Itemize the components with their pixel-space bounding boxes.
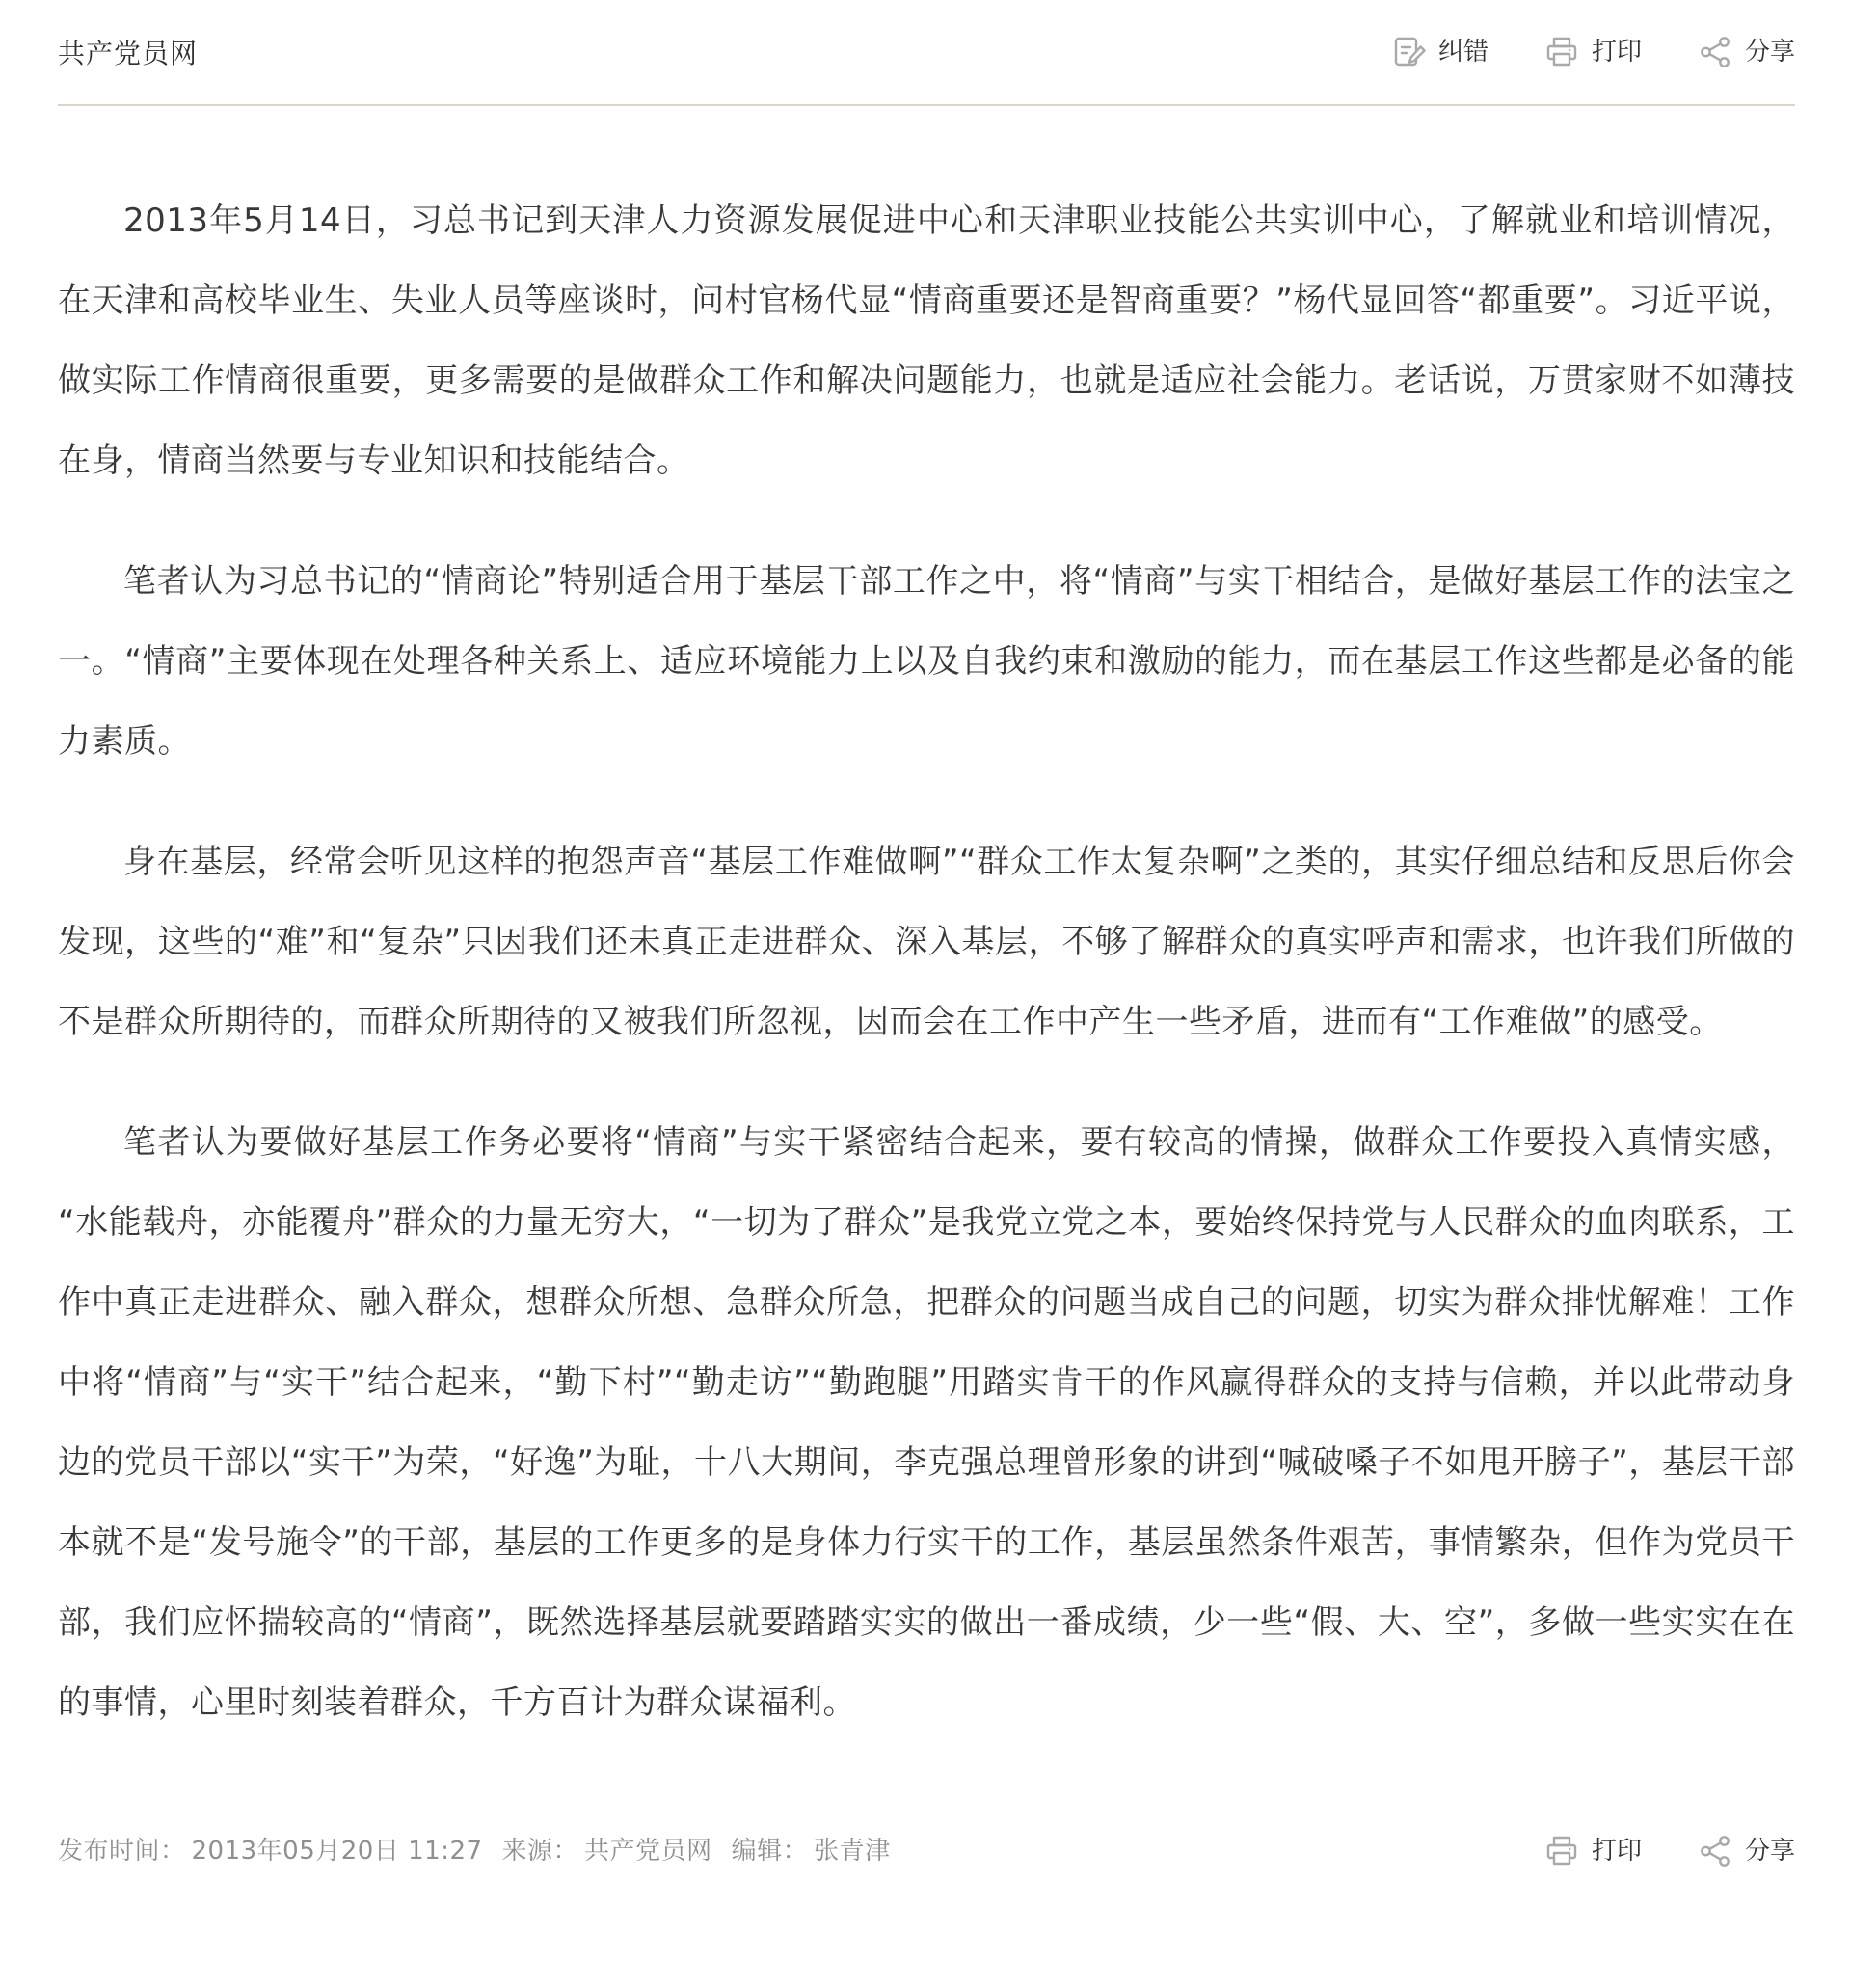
printer-icon <box>1544 35 1579 69</box>
publish-time-label: 发布时间： <box>58 1837 186 1866</box>
article-page: 共产党员网 纠错 <box>0 0 1851 1988</box>
editor-value: 张青津 <box>814 1837 891 1866</box>
footer-actions: 打印 分享 <box>1544 1834 1795 1868</box>
article-body: 2013年5月14日，习总书记到天津人力资源发展促进中心和天津职业技能公共实训中… <box>58 106 1795 1743</box>
print-label: 打印 <box>1592 40 1642 65</box>
site-logo-text: 共产党员网 <box>58 33 198 71</box>
print-button[interactable]: 打印 <box>1544 35 1642 69</box>
footer-share-button[interactable]: 分享 <box>1698 1834 1795 1868</box>
article-meta: 发布时间：2013年05月20日 11:27来源：共产党员网编辑：张青津 <box>58 1832 897 1870</box>
article-footer: 发布时间：2013年05月20日 11:27来源：共产党员网编辑：张青津 打印 <box>58 1832 1795 1870</box>
footer-share-label: 分享 <box>1745 1839 1795 1864</box>
share-button[interactable]: 分享 <box>1698 35 1795 69</box>
editor-label: 编辑： <box>732 1837 809 1866</box>
article-paragraph: 2013年5月14日，习总书记到天津人力资源发展促进中心和天津职业技能公共实训中… <box>58 181 1795 501</box>
header-actions: 纠错 打印 <box>1391 35 1795 69</box>
share-icon <box>1698 1834 1732 1868</box>
footer-print-label: 打印 <box>1592 1839 1642 1864</box>
share-icon <box>1698 35 1732 69</box>
article-paragraph: 笔者认为要做好基层工作务必要将“情商”与实干紧密结合起来，要有较高的情操，做群众… <box>58 1103 1795 1743</box>
correction-icon <box>1391 35 1426 69</box>
correction-button[interactable]: 纠错 <box>1391 35 1489 69</box>
article-paragraph: 身在基层，经常会听见这样的抱怨声音“基层工作难做啊”“群众工作太复杂啊”之类的，… <box>58 822 1795 1062</box>
publish-time-value: 2013年05月20日 11:27 <box>192 1837 483 1866</box>
source-label: 来源： <box>502 1837 579 1866</box>
page-header: 共产党员网 纠错 <box>58 0 1795 106</box>
correction-label: 纠错 <box>1438 40 1489 65</box>
source-value: 共产党员网 <box>584 1837 712 1866</box>
footer-print-button[interactable]: 打印 <box>1544 1834 1642 1868</box>
share-label: 分享 <box>1745 40 1795 65</box>
printer-icon <box>1544 1834 1579 1868</box>
article-paragraph: 笔者认为习总书记的“情商论”特别适合用于基层干部工作之中，将“情商”与实干相结合… <box>58 542 1795 782</box>
